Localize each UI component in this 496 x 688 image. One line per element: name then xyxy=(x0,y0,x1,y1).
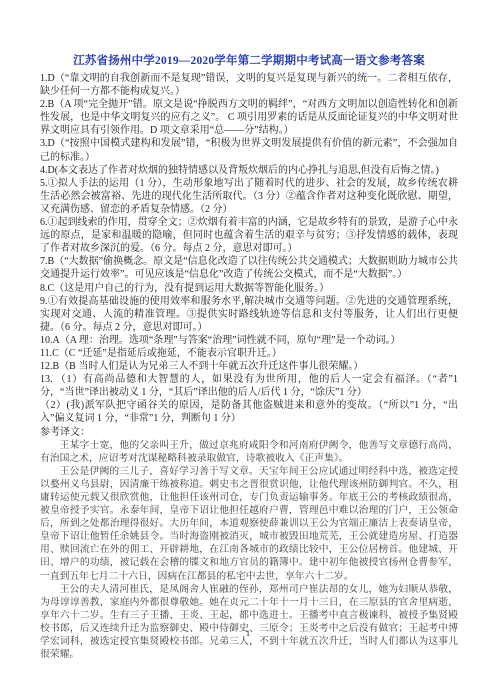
answers-section: 1.D（“靠文明的自我创新而不是复现”错误，文明的复兴是复现与新兴的统一。二者相… xyxy=(40,72,458,426)
page-title: 江苏省扬州中学2019—2020学年第二学期期中考试高一语文参考答案 xyxy=(40,54,458,69)
answer-line-5: 5.①拟人手法的运用（1 分），生动形象地写出了随着时代的进步、社会的发展，故乡… xyxy=(40,177,458,216)
answer-line-2: 2.B（A 项“完全抛开”错。原文是说“挣脱西方文明的羁绊”，“对西方文明加以创… xyxy=(40,98,458,137)
answer-line-9: 9.①有效提高基础设施的使用效率和服务水平,解决城市交通等问题。②先进的交通管理… xyxy=(40,295,458,334)
answer-line-10: 10.A（A 理：治理。选项“条理”与答案“治理”词性就不同，原句“理”是一个动… xyxy=(40,334,458,347)
answer-line-6: 6.①起到线索的作用，贯穿全文；②炊烟有着丰富的内涵，它是故乡特有的景致，是游子… xyxy=(40,216,458,255)
answer-line-4: 4.D(本文表达了作者对炊烟的独特情感以及背叛炊烟后的内心挣扎与追思,但没有后悔… xyxy=(40,164,458,177)
translation-label: 参考译文： xyxy=(40,426,458,439)
page-number: 1 xyxy=(0,628,496,638)
answer-line-13-1: 13. （1）有高尚品德和大智慧的人，如果没有为世所用，他的后人一定会有福泽。（… xyxy=(40,373,458,399)
answer-line-11: 11.C（C “迁延”是指延后或拖延，不能表示官职升迁。） xyxy=(40,347,458,360)
answer-line-12: 12.B（B 当时人们是认为兄弟三人不到十年就五次升迁这件事儿很荣耀。） xyxy=(40,360,458,373)
answer-line-3: 3.D（“按照中国模式建构和发展”错，“积极为世界文明发展提供有价值的新元素”，… xyxy=(40,137,458,163)
translation-paragraph-3: 王公的夫人清河崔氏，是凤阁舍人崔融的侄孙，郑州司户崔法昂的女儿，她为妇顺从恭敬，… xyxy=(40,583,458,662)
answer-line-13-2: （2）(我)派军队把守函谷关的原因，是防备其他盗贼进来和意外的变故。（“所以”1… xyxy=(40,399,458,425)
answer-line-1: 1.D（“靠文明的自我创新而不是复现”错误，文明的复兴是复现与新兴的统一。二者相… xyxy=(40,72,458,98)
document-page: 江苏省扬州中学2019—2020学年第二学期期中考试高一语文参考答案 1.D（“… xyxy=(0,0,496,688)
answer-line-7: 7.B（“大数据”偷换概念。原文是“信息化改造了以往传统公共交通模式；大数据则助… xyxy=(40,255,458,281)
answer-line-8: 8.C（这是用户自己的行为，没有提到运用大数据等智能化服务。） xyxy=(40,282,458,295)
translation-paragraph-1: 王某字士宽，他的父亲叫王升，做过京兆府咸阳令和河南府伊阙令，他善写文章德行高尚，… xyxy=(40,439,458,465)
translation-paragraph-2: 王公是伊阙的三儿子，喜好学习善于写文章。天宝年间王公应试通过明经科中选，被选定授… xyxy=(40,465,458,583)
